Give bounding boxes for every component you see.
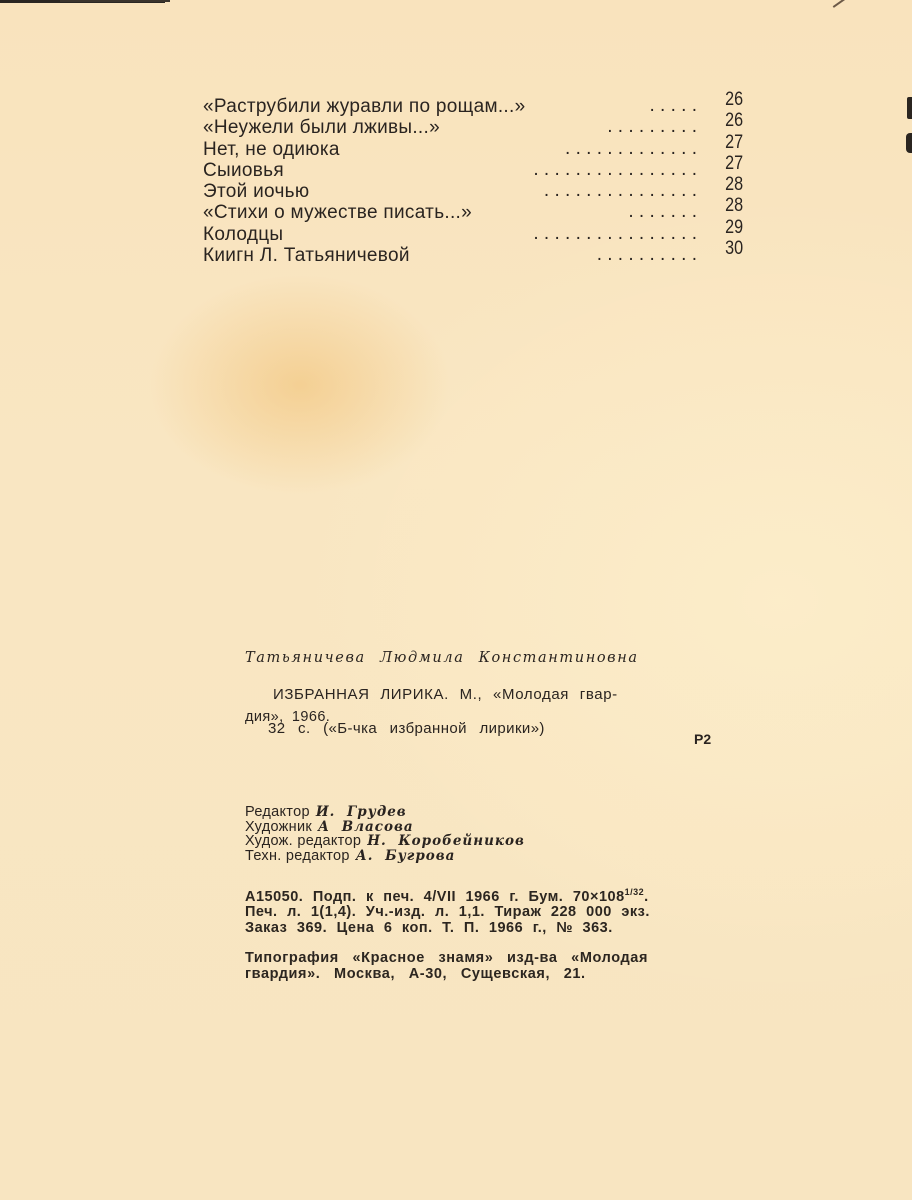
imprint-line: А15050. Подп. к печ. 4/VII 1966 г. Бум. … [245, 885, 650, 905]
printer-line: гвардия». Москва, А-30, Сущевская, 21. [245, 966, 648, 982]
credit-line: Техн. редакторА. Бугрова [245, 849, 525, 864]
table-of-contents: «Раструбили журавли по рощам...». . . . … [203, 91, 743, 261]
format-fraction: 1/32 [625, 887, 645, 897]
imprint-line: Заказ 369. Цена 6 коп. Т. П. 1966 г., № … [245, 921, 650, 937]
credits-block: РедакторИ. ГрудевХудожникА ВласоваХудож.… [245, 805, 525, 863]
classification-code: Р2 [694, 731, 711, 747]
imprint-block: А15050. Подп. к печ. 4/VII 1966 г. Бум. … [245, 885, 650, 936]
corner-scratch [833, 0, 846, 8]
toc-entry: «Стихи о мужестве писать...». . . . . . … [203, 197, 743, 218]
credit-role: Худож. редактор [245, 833, 361, 849]
toc-entry: Этой иочью. . . . . . . . . . . . . . .2… [203, 176, 743, 197]
page-count-series: 32 с. («Б-чка избранной лирики») [268, 720, 545, 737]
toc-entry: Киигн Л. Татьяничевой. . . . . . . . . .… [203, 240, 743, 261]
book-page: «Раструбили журавли по рощам...». . . . … [0, 0, 912, 1200]
author-name: Татьяничева Людмила Константиновна [245, 650, 639, 666]
credit-name: А. Бугрова [356, 848, 456, 864]
toc-page-number: 28 [725, 174, 743, 196]
credit-role: Техн. редактор [245, 848, 350, 864]
toc-page-number: 26 [725, 110, 743, 132]
credit-line: Худож. редакторН. Коробейников [245, 834, 525, 849]
toc-page-number: 27 [725, 153, 743, 175]
toc-entry: «Неужели были лживы...». . . . . . . . .… [203, 112, 743, 133]
imprint-line: Печ. л. 1(1,4). Уч.-изд. л. 1,1. Тираж 2… [245, 905, 650, 921]
toc-page-number: 26 [725, 89, 743, 111]
printer-block: Типография «Красное знамя» изд-ва «Молод… [245, 950, 648, 982]
facing-page-edge-mark [906, 133, 912, 153]
toc-entry: Сыиовья. . . . . . . . . . . . . . . .27 [203, 155, 743, 176]
credit-line: ХудожникА Власова [245, 820, 525, 835]
toc-entry: Колодцы. . . . . . . . . . . . . . . .29 [203, 219, 743, 240]
credit-role: Редактор [245, 804, 310, 820]
toc-entry-title: Киигн Л. Татьяничевой [203, 245, 410, 267]
toc-leader-dots: . . . . . . . . . . [597, 244, 697, 266]
page-top-edge-shadow [60, 0, 170, 2]
toc-page-number: 29 [725, 217, 743, 239]
printer-line: Типография «Красное знамя» изд-ва «Молод… [245, 950, 648, 966]
toc-page-number: 28 [725, 195, 743, 217]
credit-line: РедакторИ. Грудев [245, 805, 525, 820]
toc-entry: Нет, не одиюка. . . . . . . . . . . . .2… [203, 134, 743, 155]
toc-page-number: 30 [725, 238, 743, 260]
toc-entry: «Раструбили журавли по рощам...». . . . … [203, 91, 743, 112]
book-title-line: ИЗБРАННАЯ ЛИРИКА. М., «Молодая гвар- [273, 687, 718, 703]
toc-page-number: 27 [725, 132, 743, 154]
facing-page-edge-mark [907, 97, 912, 119]
